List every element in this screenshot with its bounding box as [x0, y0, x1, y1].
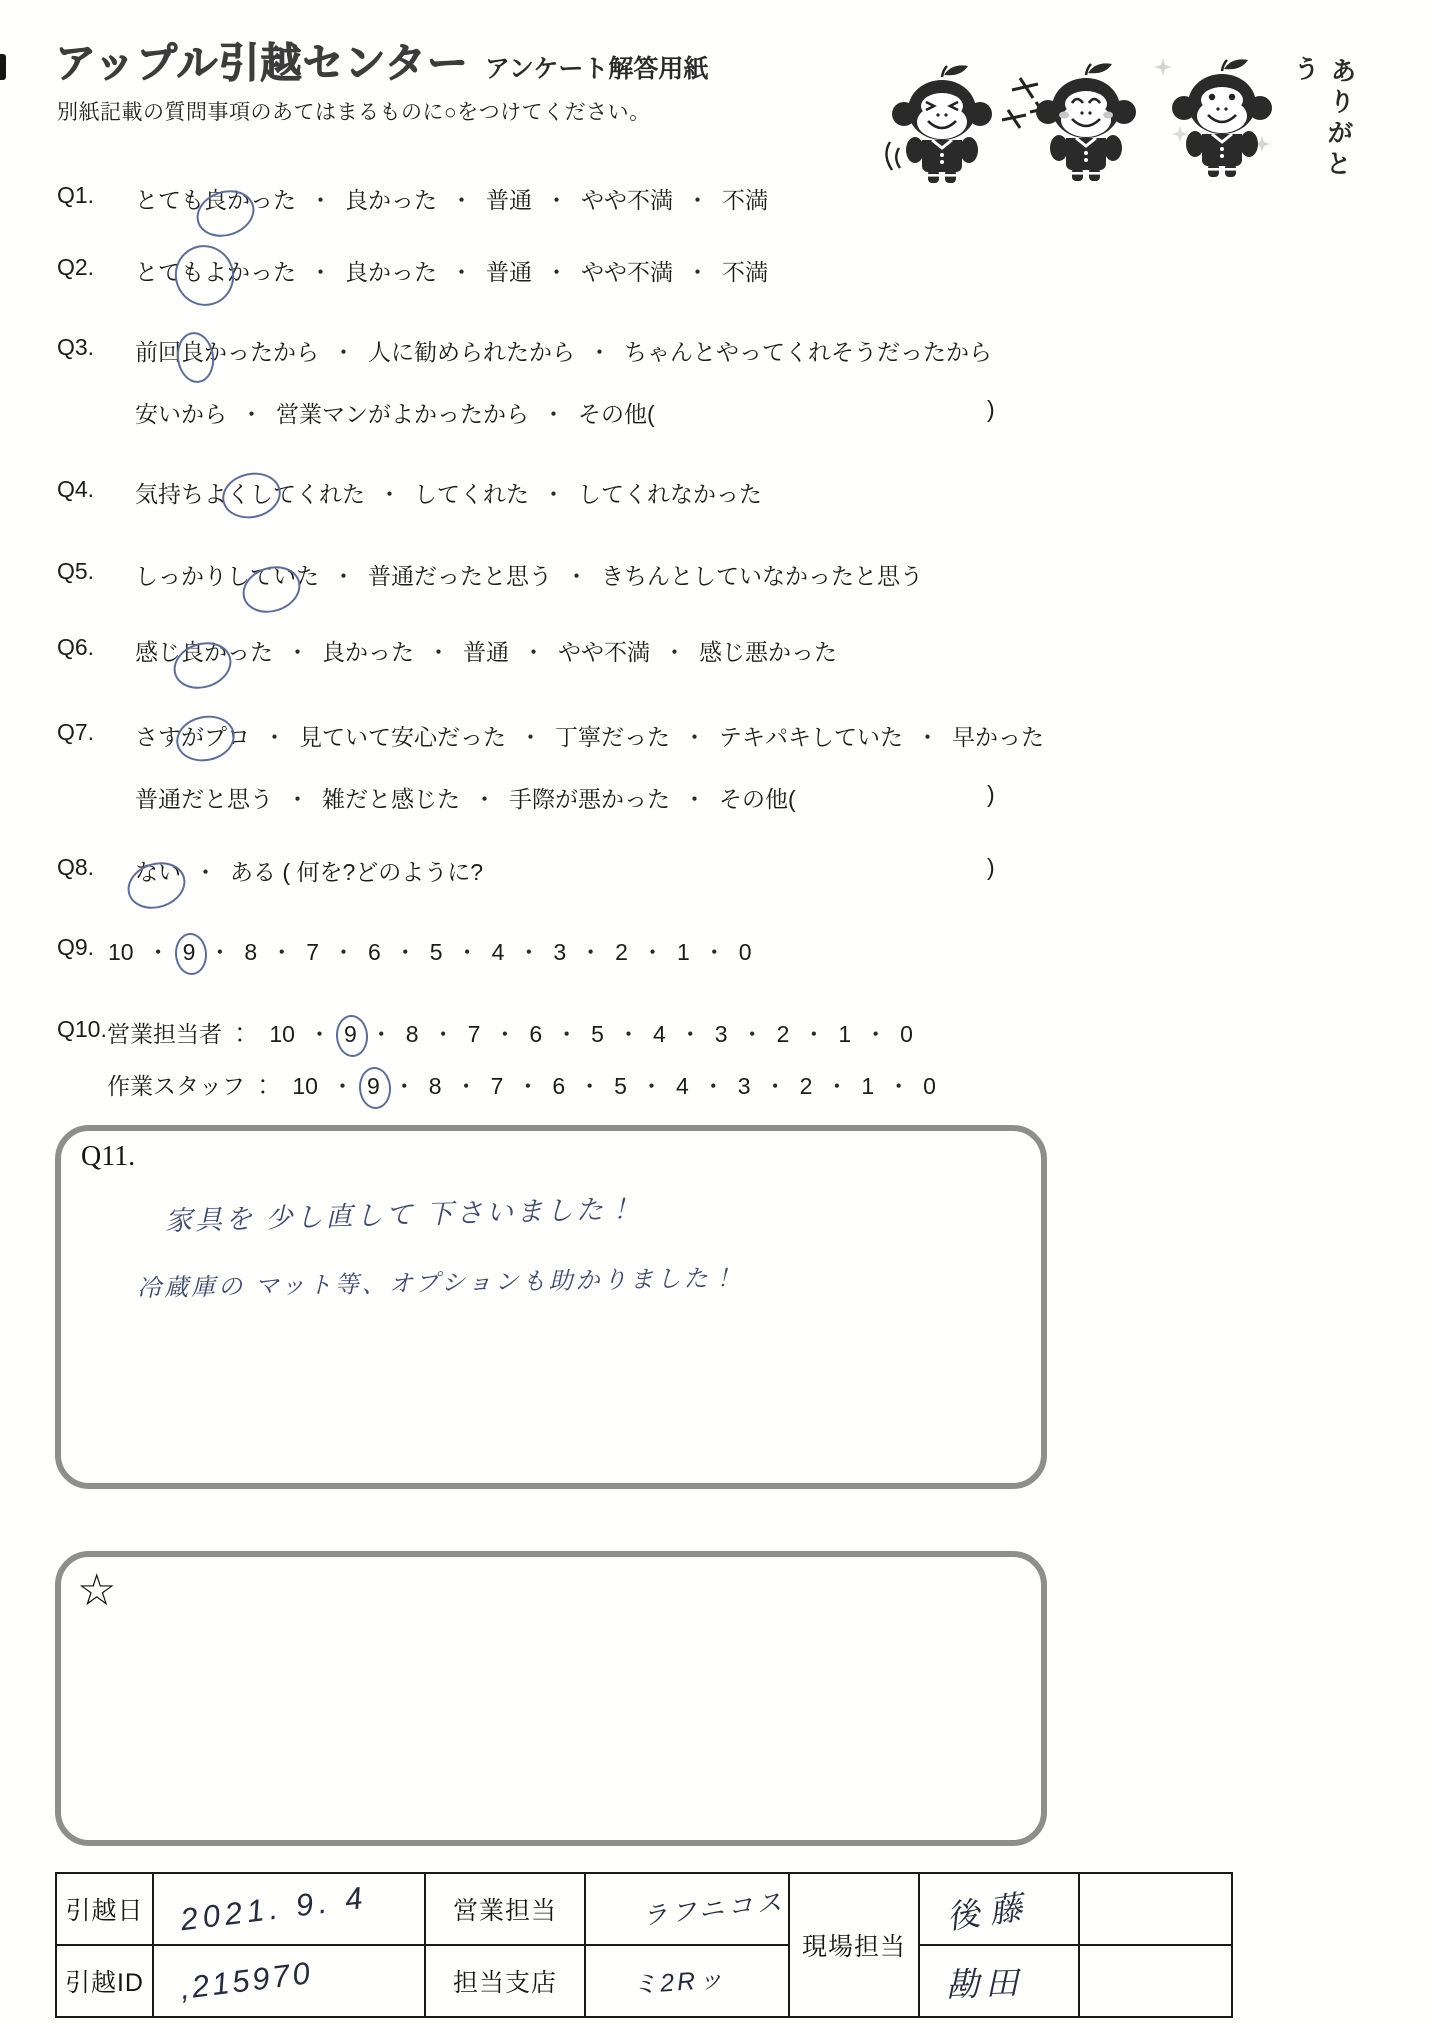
option[interactable]: 8	[406, 1021, 419, 1047]
option-separator: ・	[286, 639, 309, 665]
site-rep-name-cell-1[interactable]: 後藤	[919, 1873, 1079, 1945]
pen-circle-mark: ない	[135, 854, 181, 887]
option[interactable]: 早かった	[952, 724, 1044, 750]
option-separator: ・	[686, 259, 709, 285]
pen-circle-mark: 良か	[204, 182, 250, 215]
option[interactable]: 良かった	[345, 187, 437, 213]
q6-label: Q6.	[57, 634, 94, 661]
instruction-text: 別紙記載の質問事項のあてはまるものに○をつけてください。	[57, 96, 651, 126]
option-circled[interactable]: とても良かった	[135, 187, 296, 213]
option[interactable]: 6	[552, 1073, 565, 1099]
option[interactable]: その他(	[719, 786, 796, 812]
q7-options-line1[interactable]: さすがプロ・見ていて安心だった・丁寧だった・テキパキしていた・早かった	[135, 719, 1044, 752]
option[interactable]: 4	[653, 1021, 666, 1047]
option-circled[interactable]: 9	[344, 1021, 357, 1047]
option[interactable]: 7	[306, 939, 319, 965]
pen-circle-mark: 良	[181, 334, 204, 367]
option-separator: ・	[286, 786, 309, 812]
star-icon: ☆	[77, 1565, 116, 1616]
option[interactable]: 8	[429, 1073, 442, 1099]
option[interactable]: 普通	[486, 259, 532, 285]
happy-gorilla-mascot-icon	[1030, 60, 1142, 189]
option[interactable]: 手際が悪かった	[509, 786, 670, 812]
option[interactable]: 1	[677, 939, 690, 965]
option-circled[interactable]: しっかりしていた	[135, 563, 319, 589]
option-separator: ・	[309, 187, 332, 213]
option-separator: ・	[456, 939, 479, 965]
q10-staff-scale-options[interactable]: 作業スタッフ ：10・9・8・7・6・5・4・3・2・1・0	[107, 1068, 936, 1101]
question-q2: Q2. とてもよかった・良かった・普通・やや不満・不満	[0, 254, 1433, 294]
move-date-cell[interactable]: 2021. 9. 4	[153, 1873, 425, 1945]
option[interactable]: 1	[838, 1021, 851, 1047]
q6-options[interactable]: 感じ良かった・良かった・普通・やや不満・感じ悪かった	[135, 634, 837, 667]
option-separator: ・	[378, 481, 401, 507]
option-separator: ・	[393, 1073, 416, 1099]
option[interactable]: 2	[615, 939, 628, 965]
option[interactable]: 10	[292, 1073, 318, 1099]
option[interactable]: 8	[244, 939, 257, 965]
option-separator: ・	[565, 563, 588, 589]
move-id-label: 引越ID	[56, 1945, 153, 2017]
option-circled[interactable]: とてもよかった	[135, 259, 296, 285]
empty-cell-1[interactable]	[1079, 1873, 1232, 1945]
option-separator: ・	[519, 724, 542, 750]
option-separator: ・	[802, 1021, 825, 1047]
option-separator: ・	[741, 1021, 764, 1047]
option-separator: ・	[270, 939, 293, 965]
option-separator: ・	[522, 639, 545, 665]
option[interactable]: 2	[777, 1021, 790, 1047]
option[interactable]: 3	[738, 1073, 751, 1099]
option[interactable]: 0	[739, 939, 752, 965]
q11-handwritten-line-1: 家具を 少し直して 下さいました！	[165, 1187, 637, 1238]
option-separator: ・	[147, 939, 170, 965]
option-separator: ・	[683, 786, 706, 812]
q1-label: Q1.	[57, 182, 94, 209]
move-date-value: 2021. 9. 4	[179, 1880, 370, 1939]
option[interactable]: その他(	[578, 401, 655, 427]
q5-label: Q5.	[57, 558, 94, 585]
option[interactable]: 10	[269, 1021, 295, 1047]
option-separator: ・	[617, 1021, 640, 1047]
option-separator: ・	[332, 939, 355, 965]
option[interactable]: 普通	[463, 639, 509, 665]
option-separator: ・	[579, 939, 602, 965]
option-separator: ・	[332, 563, 355, 589]
q2-options[interactable]: とてもよかった・良かった・普通・やや不満・不満	[135, 254, 768, 287]
option[interactable]: 丁寧だった	[555, 724, 670, 750]
closing-paren: )	[987, 854, 995, 881]
option-separator: ・	[640, 1073, 663, 1099]
option[interactable]: 営業マンがよかったから	[276, 401, 529, 427]
site-rep-name-1: 後藤	[943, 1880, 1035, 1939]
option[interactable]: してくれた	[414, 481, 529, 507]
option[interactable]: 良かった	[345, 259, 437, 285]
option[interactable]: 2	[800, 1073, 813, 1099]
q9-label: Q9.	[57, 934, 94, 961]
option[interactable]: 4	[492, 939, 505, 965]
option-circled[interactable]: 感じ良かった	[135, 639, 273, 665]
option-circled[interactable]: 9	[183, 939, 196, 965]
option-separator: ・	[194, 859, 217, 885]
q9-scale-options[interactable]: 10・9・8・7・6・5・4・3・2・1・0	[108, 934, 752, 967]
footer-table: 引越日 2021. 9. 4 営業担当 ラフニコス 現場担当 後藤 引越ID ,…	[55, 1872, 1233, 2018]
option[interactable]: 不満	[722, 259, 768, 285]
sales-rep-value: ラフニコス	[611, 1882, 788, 1936]
option[interactable]: きちんとしていなかったと思う	[601, 563, 923, 589]
option[interactable]: やや不満	[581, 259, 673, 285]
pen-circle-mark: がプ	[181, 719, 227, 752]
q3-label: Q3.	[57, 334, 94, 361]
pen-circle-mark: くし	[227, 476, 273, 509]
option-separator: ・	[308, 1021, 331, 1047]
option[interactable]: 7	[468, 1021, 481, 1047]
option-circled[interactable]: 気持ちよくしてくれた	[135, 481, 365, 507]
option[interactable]: 普通だと思う	[135, 786, 273, 812]
pen-circle-mark: 9	[344, 1021, 357, 1048]
option-separator: ・	[309, 259, 332, 285]
q7-label: Q7.	[57, 719, 94, 746]
winking-gorilla-mascot-icon	[886, 62, 998, 191]
site-rep-name-2: 勘田	[945, 1956, 1025, 2006]
move-date-label: 引越日	[56, 1873, 153, 1945]
scanned-survey-sheet: アップル引越センター アンケート解答用紙 別紙記載の質問事項のあてはまるものに○…	[0, 0, 1433, 2023]
option-separator: ・	[542, 481, 565, 507]
option-separator: ・	[516, 1073, 539, 1099]
q8-label: Q8.	[57, 854, 94, 881]
option[interactable]: ある ( 何を?どのように?	[230, 859, 483, 885]
q8-options[interactable]: ない・ある ( 何を?どのように?)	[135, 854, 483, 887]
option-separator: ・	[240, 401, 263, 427]
form-title: アンケート解答用紙	[485, 49, 709, 85]
branch-value: ミ2Rッ	[611, 1959, 727, 2003]
option-separator: ・	[703, 939, 726, 965]
option-separator: ・	[394, 939, 417, 965]
option-separator: ・	[702, 1073, 725, 1099]
question-q8: Q8. ない・ある ( 何を?どのように?)	[0, 854, 1433, 894]
option[interactable]: 人に勧められたから	[368, 339, 575, 365]
option-separator: ・	[916, 724, 939, 750]
option-circled[interactable]: さすがプロ	[135, 724, 250, 750]
smiling-gorilla-mascot-icon	[1166, 56, 1278, 185]
q11-answer-box[interactable]: Q11. 家具を 少し直して 下さいました！ 冷蔵庫の マット等、オプションも助…	[55, 1125, 1047, 1489]
closing-paren: )	[987, 781, 995, 808]
question-q3: Q3. 前回良かったから・人に勧められたから・ちゃんとやってくれそうだったから	[0, 334, 1433, 374]
option-separator: ・	[455, 1073, 478, 1099]
question-q3-line2: 安いから・営業マンがよかったから・その他()	[0, 396, 1433, 436]
option-separator: ・	[517, 939, 540, 965]
option-separator: ・	[641, 939, 664, 965]
option-separator: ・	[331, 1073, 354, 1099]
option[interactable]: 見ていて安心だった	[299, 724, 506, 750]
option-separator: ・	[370, 1021, 393, 1047]
q11-handwritten-line-2: 冷蔵庫の マット等、オプションも助かりました！	[137, 1258, 738, 1303]
scale-prefix-label: 営業担当者 ：	[107, 1021, 251, 1047]
q5-options[interactable]: しっかりしていた・普通だったと思う・きちんとしていなかったと思う	[135, 558, 923, 591]
scale-prefix-label: 作業スタッフ ：	[107, 1073, 274, 1099]
header: アップル引越センター アンケート解答用紙	[55, 30, 708, 89]
option-separator: ・	[555, 1021, 578, 1047]
option[interactable]: 5	[430, 939, 443, 965]
option[interactable]: 安いから	[135, 401, 227, 427]
option-circled[interactable]: 前回良かったから	[135, 339, 319, 365]
option-separator: ・	[545, 259, 568, 285]
question-q5: Q5. しっかりしていた・普通だったと思う・きちんとしていなかったと思う	[0, 558, 1433, 598]
option-separator: ・	[263, 724, 286, 750]
q10-label: Q10.	[57, 1016, 107, 1043]
branch-label: 担当支店	[425, 1945, 585, 2017]
q4-label: Q4.	[57, 476, 94, 503]
scan-artifact	[0, 54, 6, 80]
option[interactable]: テキパキしていた	[719, 724, 903, 750]
option[interactable]: 5	[614, 1073, 627, 1099]
q7-options-line2[interactable]: 普通だと思う・雑だと感じた・手際が悪かった・その他()	[135, 781, 796, 814]
option-separator: ・	[764, 1073, 787, 1099]
option-separator: ・	[542, 401, 565, 427]
option[interactable]: 10	[108, 939, 134, 965]
option[interactable]: 6	[529, 1021, 542, 1047]
option[interactable]: 普通だったと思う	[368, 563, 552, 589]
option-separator: ・	[545, 187, 568, 213]
table-row: 引越日 2021. 9. 4 営業担当 ラフニコス 現場担当 後藤	[56, 1873, 1232, 1945]
option-separator: ・	[578, 1073, 601, 1099]
option[interactable]: 0	[900, 1021, 913, 1047]
sales-rep-cell[interactable]: ラフニコス	[585, 1873, 789, 1945]
option-separator: ・	[887, 1073, 910, 1099]
option[interactable]: 5	[591, 1021, 604, 1047]
option-separator: ・	[679, 1021, 702, 1047]
option-separator: ・	[864, 1021, 887, 1047]
site-rep-label: 現場担当	[789, 1873, 919, 2017]
option[interactable]: 3	[715, 1021, 728, 1047]
option[interactable]: 3	[553, 939, 566, 965]
option-separator: ・	[473, 786, 496, 812]
option-separator: ・	[663, 639, 686, 665]
question-q10-sales: Q10. 営業担当者 ：10・9・8・7・6・5・4・3・2・1・0	[0, 1016, 1433, 1056]
question-q10-staff: 作業スタッフ ：10・9・8・7・6・5・4・3・2・1・0	[0, 1068, 1433, 1108]
q2-label: Q2.	[57, 254, 94, 281]
option-separator: ・	[427, 639, 450, 665]
pen-circle-mark: てい	[250, 558, 296, 591]
question-q1: Q1. とても良かった・良かった・普通・やや不満・不満	[0, 182, 1433, 222]
question-q7: Q7. さすがプロ・見ていて安心だった・丁寧だった・テキパキしていた・早かった	[0, 719, 1433, 759]
option[interactable]: 1	[861, 1073, 874, 1099]
option[interactable]: 普通	[486, 187, 532, 213]
option-separator: ・	[450, 187, 473, 213]
q1-options[interactable]: とても良かった・良かった・普通・やや不満・不満	[135, 182, 768, 215]
option-separator: ・	[493, 1021, 516, 1047]
question-q7-line2: 普通だと思う・雑だと感じた・手際が悪かった・その他()	[0, 781, 1433, 821]
option-separator: ・	[332, 339, 355, 365]
question-q4: Q4. 気持ちよくしてくれた・してくれた・してくれなかった	[0, 476, 1433, 516]
q3-options-line1[interactable]: 前回良かったから・人に勧められたから・ちゃんとやってくれそうだったから	[135, 334, 992, 367]
pen-circle-mark: もよ	[181, 254, 227, 287]
option[interactable]: 雑だと感じた	[322, 786, 460, 812]
option[interactable]: してくれなかった	[578, 481, 762, 507]
option-separator: ・	[588, 339, 611, 365]
q4-options[interactable]: 気持ちよくしてくれた・してくれた・してくれなかった	[135, 476, 762, 509]
question-q6: Q6. 感じ良かった・良かった・普通・やや不満・感じ悪かった	[0, 634, 1433, 674]
option-separator: ・	[450, 259, 473, 285]
q3-options-line2[interactable]: 安いから・営業マンがよかったから・その他()	[135, 396, 655, 429]
option[interactable]: 6	[368, 939, 381, 965]
option-separator: ・	[208, 939, 231, 965]
option-separator: ・	[686, 187, 709, 213]
option-circled[interactable]: 9	[367, 1073, 380, 1099]
table-row: 引越ID ,215970 担当支店 ミ2Rッ 勘田	[56, 1945, 1232, 2017]
q11-label: Q11.	[81, 1141, 135, 1173]
option[interactable]: 7	[491, 1073, 504, 1099]
branch-cell[interactable]: ミ2Rッ	[585, 1945, 789, 2017]
option[interactable]: 0	[923, 1073, 936, 1099]
closing-paren: )	[987, 396, 995, 423]
star-answer-box[interactable]: ☆	[55, 1551, 1047, 1846]
option-separator: ・	[432, 1021, 455, 1047]
brand-logo-text: アップル引越センター	[55, 30, 469, 89]
move-id-cell[interactable]: ,215970	[153, 1945, 425, 2017]
option[interactable]: 感じ悪かった	[699, 639, 837, 665]
q10-sales-scale-options[interactable]: 営業担当者 ：10・9・8・7・6・5・4・3・2・1・0	[107, 1016, 913, 1049]
option[interactable]: 不満	[722, 187, 768, 213]
pen-circle-mark: 9	[183, 939, 196, 966]
pen-circle-mark: 良か	[181, 634, 227, 667]
question-q9: Q9. 10・9・8・7・6・5・4・3・2・1・0	[0, 934, 1433, 974]
option[interactable]: やや不満	[558, 639, 650, 665]
sales-rep-label: 営業担当	[425, 1873, 585, 1945]
option[interactable]: ちゃんとやってくれそうだったから	[624, 339, 992, 365]
option[interactable]: 良かった	[322, 639, 414, 665]
option-circled[interactable]: ない	[135, 859, 181, 885]
option[interactable]: 4	[676, 1073, 689, 1099]
site-rep-name-cell-2[interactable]: 勘田	[919, 1945, 1079, 2017]
option-separator: ・	[683, 724, 706, 750]
option[interactable]: やや不満	[581, 187, 673, 213]
option-separator: ・	[825, 1073, 848, 1099]
move-id-value: ,215970	[178, 1955, 314, 2007]
pen-circle-mark: 9	[367, 1073, 380, 1100]
empty-cell-2[interactable]	[1079, 1945, 1232, 2017]
